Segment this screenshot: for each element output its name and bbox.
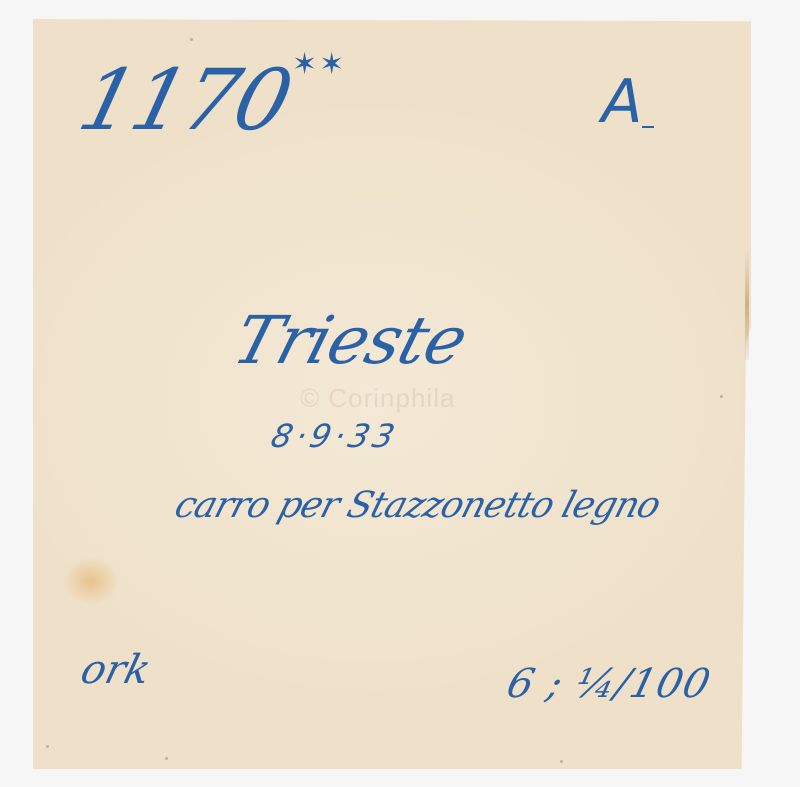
note-text: carro per Stazzonetto legno: [171, 488, 664, 524]
star-icon: ✶: [292, 47, 319, 82]
paper-speck: [720, 395, 723, 398]
ratio-text: 6 ; ¼/100: [503, 664, 715, 704]
paper-speck: [46, 745, 49, 748]
city-name: Trieste: [227, 308, 474, 374]
star-icon: ✶: [319, 47, 346, 82]
paper-fold-edge: [745, 250, 749, 360]
initials-signature: ork: [77, 650, 154, 690]
photo-stage: © Corinphila 1170 ✶✶ A Trieste 8·9·33 ca…: [0, 0, 800, 787]
paper-speck: [560, 760, 563, 763]
paper-speck: [165, 757, 168, 760]
date-text: 8·9·33: [268, 420, 402, 452]
catalog-star-marks: ✶✶: [292, 50, 346, 80]
paper-speck: [190, 38, 193, 41]
watermark: © Corinphila: [300, 383, 455, 414]
catalog-number: 1170: [72, 58, 299, 142]
grade-underline: [642, 126, 654, 128]
